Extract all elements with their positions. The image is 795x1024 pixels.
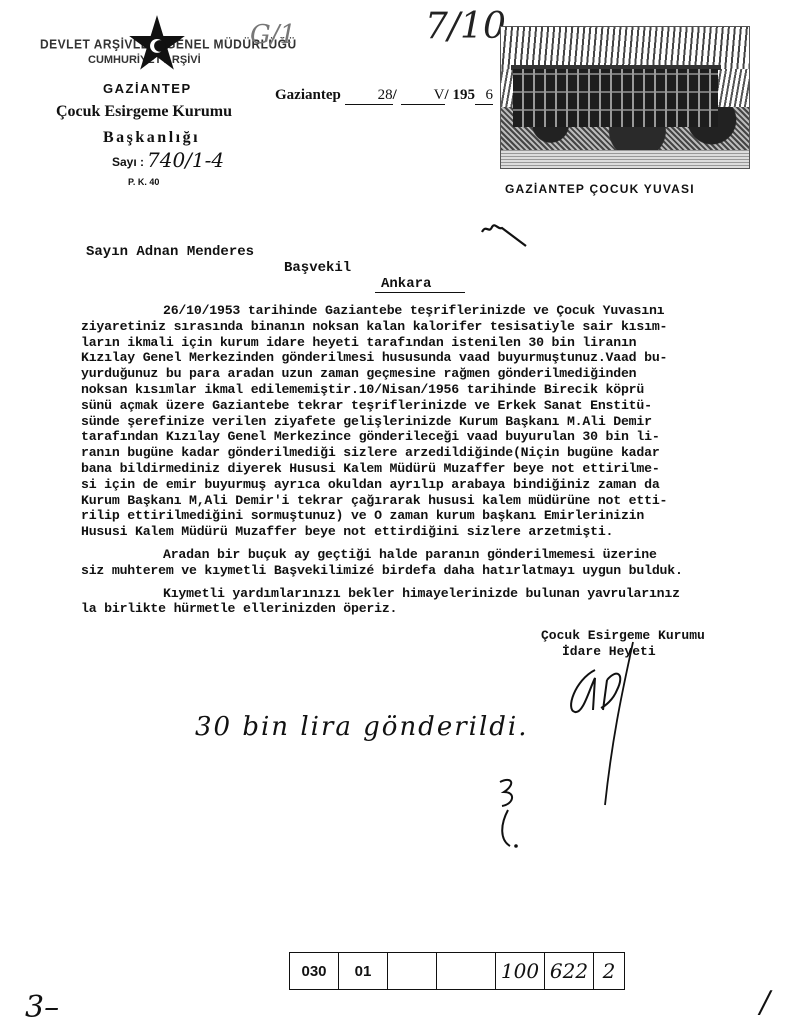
archive-code-cell: 2 [594, 953, 624, 989]
archive-code-box: 030011006222 [289, 952, 625, 990]
body-line: Kurum Başkanı M,Ali Demir'i tekrar çağır… [81, 493, 795, 509]
orphanage-building-photo [500, 26, 750, 169]
body-line: 26/10/1953 tarihinde Gaziantebe teşrifle… [81, 303, 795, 319]
corner-mark-left: 3– [25, 990, 59, 1024]
date-place: Gaziantep [275, 87, 341, 103]
folio-mark: 7/10 [425, 6, 506, 47]
body-paragraph: 26/10/1953 tarihinde Gaziantebe teşrifle… [81, 303, 795, 540]
body-line: bana bildirmediniz diyerek Hususi Kalem … [81, 461, 795, 477]
letterhead-department: Başkanlığı [103, 129, 200, 147]
body-line: Hususi Kalem Müdürü Muzaffer beye not et… [81, 524, 795, 540]
body-line: ranın bugüne kadar gönderilmediği sizler… [81, 445, 795, 461]
date-year-prefix: 195 [452, 87, 475, 103]
body-line: sünde şerefinize verilen ziyafete gelişl… [81, 414, 795, 430]
handwritten-note: 30 bin lira gönderildi. [195, 712, 529, 742]
body-paragraph: Kıymetli yardımlarınızı bekler himayeler… [81, 586, 795, 618]
archive-code-cell: 622 [545, 953, 594, 989]
date-year-suffix: 6 [475, 87, 493, 105]
body-line: tarafından Kızılay Genel Merkezince gönd… [81, 429, 795, 445]
archive-code-cell [437, 953, 496, 989]
body-line: Kızılay Genel Merkezinden gönderilmesi h… [81, 350, 795, 366]
photo-caption: GAZİANTEP ÇOCUK YUVASI [505, 182, 695, 196]
body-line: siz muhterem ve kıymetli Başvekilimizé b… [81, 563, 795, 579]
letterhead-city: GAZİANTEP [103, 81, 192, 96]
body-line: ların ikmali için kurum idare heyeti tar… [81, 335, 795, 351]
archive-code-cell: 030 [290, 953, 339, 989]
star-crescent-icon [128, 14, 186, 72]
letter-body: 26/10/1953 tarihinde Gaziantebe teşrifle… [81, 303, 795, 624]
archive-code-cell: 01 [339, 953, 388, 989]
body-line: Aradan bir buçuk ay geçtiği halde paranı… [81, 547, 795, 563]
archive-code-cell [388, 953, 437, 989]
reference-number-value: 740/1-4 [147, 148, 224, 172]
addressee-city: Ankara [375, 276, 465, 293]
body-line: sünü açmak üzere Gaziantebe tekrar teşri… [81, 398, 795, 414]
date-day: 28 [345, 87, 393, 105]
reference-number-label: Sayı : [112, 155, 144, 169]
addressee-title: Başvekil [284, 260, 351, 276]
po-box: P. K. 40 [128, 177, 159, 187]
corner-mark-right: / [760, 985, 770, 1020]
body-line: rilip ettirilmediğini sormuştunuz) ve O … [81, 508, 795, 524]
addressee-name: Sayın Adnan Menderes [86, 244, 254, 260]
body-paragraph: Aradan bir buçuk ay geçtiği halde paranı… [81, 547, 795, 579]
handwritten-tick-mark [480, 222, 530, 248]
body-line: si için de emir buyurmuş ayrıca okuldan … [81, 477, 795, 493]
body-line: noksan kısımlar ikmal edilememiştir.10/N… [81, 382, 795, 398]
body-line: la birlikte hürmetle ellerinizden öperiz… [81, 601, 795, 617]
date-month: V [401, 87, 445, 105]
date-line: Gaziantep 28/ V/ 1956 [275, 87, 493, 105]
body-line: yurduğunuz bu para aradan uzun zaman geç… [81, 366, 795, 382]
archive-stamp-handwritten-mark: G/1 [250, 20, 296, 50]
signature-scribble [555, 640, 675, 810]
handwritten-initial-mark [490, 770, 530, 850]
letterhead-organization: Çocuk Esirgeme Kurumu [56, 103, 232, 121]
body-line: ziyaretiniz sırasında binanın noksan kal… [81, 319, 795, 335]
body-line: Kıymetli yardımlarınızı bekler himayeler… [81, 586, 795, 602]
archive-code-cell: 100 [496, 953, 545, 989]
